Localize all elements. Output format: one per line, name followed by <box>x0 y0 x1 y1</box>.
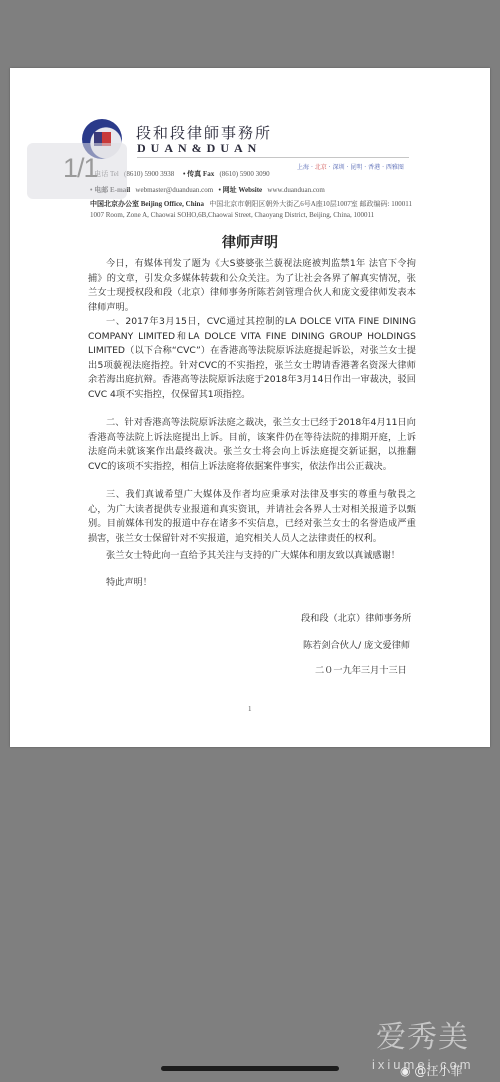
office-address-cn: 中国北京办公室 Beijing Office, China 中国北京市朝阳区朝外… <box>90 199 412 209</box>
website-label: • 网址 Website <box>218 186 262 194</box>
firm-name-cn: 段和段律師事務所 <box>136 122 272 143</box>
website-value: www.duanduan.com <box>267 186 324 194</box>
city-shenzhen: 深圳 <box>333 164 345 171</box>
watermark-cn: 爱秀美 <box>376 1012 469 1056</box>
separator: · <box>329 164 331 171</box>
signature-date: 二０一九年三月十三日 <box>315 662 407 676</box>
tel-value: (8610) 5900 3938 <box>124 170 174 178</box>
paragraph-three: 三、我们真诚希望广大媒体及作者均应秉承对法律及事实的尊重与敬畏之心，为广大读者提… <box>88 488 416 546</box>
paragraph-closing: 特此声明！ <box>88 576 416 591</box>
separator: · <box>364 164 366 171</box>
separator: · <box>382 164 384 171</box>
city-seattle: 西雅图 <box>386 164 404 171</box>
document-title: 律师声明 <box>0 232 500 252</box>
letterhead-divider <box>137 157 409 158</box>
city-kunming: 昆明 <box>350 164 362 171</box>
separator: · <box>311 164 313 171</box>
paragraph-intro: 今日，有媒体刊发了题为《大S婆婆张兰藐视法庭被判监禁1年 法官下令拘捕》的文章，… <box>88 257 416 315</box>
office-address-en: 1007 Room, Zone A, Chaowai SOHO,6B,Chaow… <box>90 211 374 219</box>
city-hongkong: 香港 <box>368 164 380 171</box>
fax-label: • 传真 Fax <box>183 170 214 178</box>
paragraph-one: 一、2017年3月15日，CVC通过其控制的LA DOLCE VITA FINE… <box>88 315 416 402</box>
paragraph-thanks: 张兰女士特此向一直给予其关注与支持的广大媒体和朋友致以真诚感谢！ <box>88 549 416 564</box>
office-cities: 上海 · 北京 · 深圳 · 昆明 · 香港 · 西雅图 <box>297 162 404 171</box>
firm-name-en: DUAN&DUAN <box>137 141 261 156</box>
city-shanghai: 上海 <box>297 164 309 171</box>
office-label: 中国北京办公室 Beijing Office, China <box>90 200 204 208</box>
signature-signers: 陈若剑合伙人/ 庞文爱律师 <box>303 637 410 651</box>
page-number: 1 <box>248 705 252 713</box>
page-indicator-text: 1/1 <box>63 153 98 184</box>
address-cn: 中国北京市朝阳区朝外大街乙6号A座10层1007室 邮政编码: 100011 <box>209 200 412 208</box>
weibo-handle-text: @汪小菲 <box>414 1064 462 1078</box>
email-value: webmaster@duanduan.com <box>135 186 213 194</box>
signature-firm: 段和段（北京）律师事务所 <box>301 610 411 624</box>
home-indicator[interactable] <box>161 1066 339 1071</box>
city-beijing: 北京 <box>315 164 327 171</box>
fax-value: (8610) 5900 3090 <box>219 170 269 178</box>
page-indicator: 1/1 <box>27 143 127 199</box>
paragraph-two: 二、针对香港高等法院原诉法庭之裁决，张兰女士已经于2018年4月11日向香港高等… <box>88 416 416 474</box>
separator: · <box>347 164 349 171</box>
weibo-handle: ◉ @汪小菲 <box>400 1062 462 1079</box>
weibo-icon: ◉ <box>400 1064 410 1078</box>
